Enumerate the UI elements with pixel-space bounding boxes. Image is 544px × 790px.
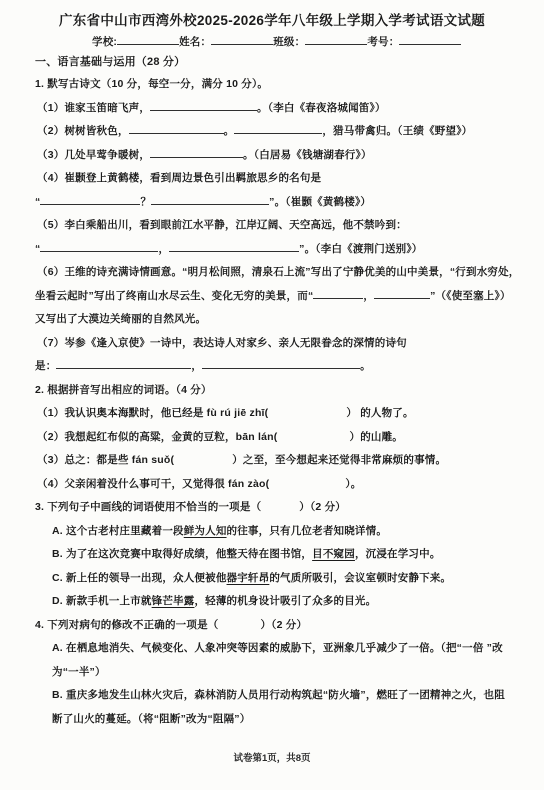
text-segment: C. 新上任的领导一出现，众人便被他 xyxy=(52,572,227,584)
text-segment: ”（《使至塞上》） xyxy=(430,290,511,302)
text-segment: 又写出了大漠边关绮丽的自然风光。 xyxy=(35,313,206,325)
q1-stem: 1. 默写古诗文（10 分，每空一分，满分 10 分）。 xyxy=(0,73,544,97)
exam-body: 学校:姓名：班级：考号：一、语言基础与运用（28 分）1. 默写古诗文（10 分… xyxy=(0,33,544,731)
text-segment: ）之至，至今想起来还觉得非常麻烦的事情。 xyxy=(232,454,446,466)
answer-blank-line xyxy=(234,122,322,134)
q3-option-d: D. 新款手机一上市就锋芒毕露，轻薄的机身设计吸引了众多的目光。 xyxy=(0,590,544,614)
text-segment: 3. 下列句子中画线的词语使用不恰当的一项是（ xyxy=(35,501,261,513)
text-segment: （7）岑参《逢入京使》一诗中，表达诗人对家乡、亲人无限眷念的深情的诗句 xyxy=(37,337,407,349)
q4-option-b-line1: B. 重庆多地发生山林火灾后，森林消防人员用行动构筑起“防火墙”，燃旺了一团精神… xyxy=(0,684,544,708)
text-segment: 1. 默写古诗文（10 分，每空一分，满分 10 分）。 xyxy=(35,78,268,90)
text-segment: ？ xyxy=(140,196,151,208)
text-segment: 。（白居易《钱塘湖春行》） xyxy=(243,149,372,161)
q4-option-b-line2: 断了山火的蔓延。（将“阻断”改为“阻隔”） xyxy=(0,708,544,732)
answer-blank-line xyxy=(211,33,273,45)
q1-item-7: （7）岑参《逢入京使》一诗中，表达诗人对家乡、亲人无限眷念的深情的诗句 xyxy=(0,332,544,356)
underlined-phrase: 器宇轩昂 xyxy=(227,572,270,584)
text-segment: ） 的人物了。 xyxy=(346,407,413,419)
answer-blank-line xyxy=(313,287,363,299)
answer-blank-line xyxy=(56,357,191,369)
text-segment: （2）树树皆秋色， xyxy=(37,125,129,137)
page-number-footer: 试卷第1页，共8页 xyxy=(0,750,544,764)
answer-blank-line xyxy=(40,240,158,252)
text-segment: （2）我想起红布似的高粱，金黄的豆粒，bān lán( xyxy=(37,431,278,443)
q1-item-7-answer: 是：，。 xyxy=(0,355,544,379)
q1-item-2: （2）树树皆秋色，。，猎马带禽归。（王绩《野望》） xyxy=(0,120,544,144)
text-segment: 。 xyxy=(224,125,235,137)
text-segment: ）（2 分） xyxy=(299,501,346,513)
text-segment: （1）谁家玉笛暗飞声， xyxy=(37,102,150,114)
q1-item-3: （3）几处早莺争暖树，。（白居易《钱塘湖春行》） xyxy=(0,144,544,168)
text-segment: （3）总之：都是些 fán suǒ( xyxy=(37,454,174,466)
student-info-line: 学校:姓名：班级：考号： xyxy=(0,33,544,52)
text-segment: ）。 xyxy=(345,478,361,490)
text-segment: 坐看云起时”写出了终南山水尽云生、变化无穷的美景，而“ xyxy=(35,290,313,302)
underlined-phrase: 锋芒毕露 xyxy=(152,595,195,607)
text-segment: ）（2 分） xyxy=(260,619,307,631)
text-segment: （5）李白乘船出川，看到眼前江水平静，江岸辽阔、天空高远，他不禁吟到： xyxy=(37,219,407,231)
answer-blank-line xyxy=(169,240,299,252)
text-segment: ，轻薄的机身设计吸引了众多的目光。 xyxy=(194,595,376,607)
q4-stem: 4. 下列对病句的修改不正确的一项是（）（2 分） xyxy=(0,614,544,638)
q1-item-6-line1: （6）王维的诗充满诗情画意。“明月松间照，清泉石上流”写出了宁静优美的山中美景，… xyxy=(0,261,544,285)
q1-item-4: （4）崔颢登上黄鹤楼，看到周边景色引出羁旅思乡的名句是 xyxy=(0,167,544,191)
text-segment: B. 重庆多地发生山林火灾后，森林消防人员用行动构筑起“防火墙”，燃旺了一团精神… xyxy=(52,689,505,701)
text-segment: 。（李白《春夜洛城闻笛》） xyxy=(257,102,386,114)
q1-item-5: （5）李白乘船出川，看到眼前江水平静，江岸辽阔、天空高远，他不禁吟到： xyxy=(0,214,544,238)
text-segment: ， xyxy=(158,243,169,255)
underlined-phrase: 鲜为人知 xyxy=(184,525,227,537)
q4-option-a-line2: 为“一半”） xyxy=(0,661,544,685)
text-segment: 为“一半”） xyxy=(52,666,106,678)
text-segment: 姓名： xyxy=(179,36,211,48)
q3-option-b: B. 为了在这次竞赛中取得好成绩，他整天待在图书馆，目不窥园，沉浸在学习中。 xyxy=(0,543,544,567)
underlined-phrase: 目不窥园 xyxy=(312,548,355,560)
q2-item-2: （2）我想起红布似的高粱，金黄的豆粒，bān lán(）的山雕。 xyxy=(0,426,544,450)
text-segment: 2. 根据拼音写出相应的词语。（4 分） xyxy=(35,384,212,396)
answer-blank-line xyxy=(40,193,140,205)
text-segment: 一、语言基础与运用（28 分） xyxy=(35,56,185,68)
answer-blank-line xyxy=(129,122,224,134)
answer-blank-line xyxy=(151,193,269,205)
q1-item-5-answer: “，”。（李白《渡荆门送别》） xyxy=(0,238,544,262)
q3-stem: 3. 下列句子中画线的词语使用不恰当的一项是（）（2 分） xyxy=(0,496,544,520)
text-segment: ， xyxy=(363,290,374,302)
answer-blank-line xyxy=(150,99,257,111)
text-segment: ， xyxy=(191,360,202,372)
answer-blank-line xyxy=(305,33,367,45)
text-segment: B. 为了在这次竞赛中取得好成绩，他整天待在图书馆， xyxy=(52,548,312,560)
q2-item-4: （4）父亲闲着没什么事可干，又觉得很 fán zào(）。 xyxy=(0,473,544,497)
text-segment: 的往事，只有几位老者知晓详情。 xyxy=(227,525,388,537)
text-segment: 的气质所吸引，会议室顿时安静下来。 xyxy=(269,572,451,584)
q1-item-4-answer: “？”。（崔颢《黄鹤楼》） xyxy=(0,191,544,215)
text-segment: D. 新款手机一上市就 xyxy=(52,595,152,607)
text-segment: A. 在栖息地消失、气候变化、人象冲突等因素的威胁下，亚洲象几乎减少了一倍。（把… xyxy=(52,642,503,654)
text-segment: ）的山雕。 xyxy=(350,431,404,443)
text-segment: （4）父亲闲着没什么事可干，又觉得很 fán zào( xyxy=(37,478,269,490)
answer-blank-line xyxy=(374,287,430,299)
text-segment: ，沉浸在学习中。 xyxy=(355,548,441,560)
text-segment: 。 xyxy=(360,360,371,372)
answer-blank-line xyxy=(202,357,360,369)
text-segment: ，猎马带禽归。（王绩《野望》） xyxy=(322,125,472,137)
q3-option-c: C. 新上任的领导一出现，众人便被他器宇轩昂的气质所吸引，会议室顿时安静下来。 xyxy=(0,567,544,591)
answer-blank-line xyxy=(150,146,243,158)
text-segment: 学校: xyxy=(92,36,117,48)
text-segment: 是： xyxy=(35,360,56,372)
text-segment: 4. 下列对病句的修改不正确的一项是（ xyxy=(35,619,218,631)
text-segment: A. 这个古老村庄里藏着一段 xyxy=(52,525,184,537)
answer-blank-line xyxy=(399,33,461,45)
text-segment: 考号： xyxy=(367,36,399,48)
text-segment: （1）我认识奥本海默时，他已经是 fù rú jiē zhī( xyxy=(37,407,268,419)
section-1-heading: 一、语言基础与运用（28 分） xyxy=(0,52,544,73)
q1-item-1: （1）谁家玉笛暗飞声，。（李白《春夜洛城闻笛》） xyxy=(0,97,544,121)
text-segment: （3）几处早莺争暖树， xyxy=(37,149,150,161)
exam-paper-page: 广东省中山市西湾外校2025-2026学年八年级上学期入学考试语文试题 学校:姓… xyxy=(0,0,544,790)
text-segment: ”。（崔颢《黄鹤楼》） xyxy=(269,196,371,208)
q2-item-3: （3）总之：都是些 fán suǒ(）之至，至今想起来还觉得非常麻烦的事情。 xyxy=(0,449,544,473)
text-segment: 班级： xyxy=(273,36,305,48)
q2-stem: 2. 根据拼音写出相应的词语。（4 分） xyxy=(0,379,544,403)
text-segment: 断了山火的蔓延。（将“阻断”改为“阻隔”） xyxy=(52,713,250,725)
q2-item-1: （1）我认识奥本海默时，他已经是 fù rú jiē zhī(） 的人物了。 xyxy=(0,402,544,426)
text-segment: ”。（李白《渡荆门送别》） xyxy=(299,243,422,255)
q4-option-a-line1: A. 在栖息地消失、气候变化、人象冲突等因素的威胁下，亚洲象几乎减少了一倍。（把… xyxy=(0,637,544,661)
answer-blank-line xyxy=(117,33,179,45)
text-segment: （6）王维的诗充满诗情画意。“明月松间照，清泉石上流”写出了宁静优美的山中美景，… xyxy=(37,266,520,278)
text-segment: （4）崔颢登上黄鹤楼，看到周边景色引出羁旅思乡的名句是 xyxy=(37,172,321,184)
q1-item-6-line3: 又写出了大漠边关绮丽的自然风光。 xyxy=(0,308,544,332)
exam-title: 广东省中山市西湾外校2025-2026学年八年级上学期入学考试语文试题 xyxy=(0,0,544,33)
q1-item-6-line2: 坐看云起时”写出了终南山水尽云生、变化无穷的美景，而“，”（《使至塞上》） xyxy=(0,285,544,309)
q3-option-a: A. 这个古老村庄里藏着一段鲜为人知的往事，只有几位老者知晓详情。 xyxy=(0,520,544,544)
